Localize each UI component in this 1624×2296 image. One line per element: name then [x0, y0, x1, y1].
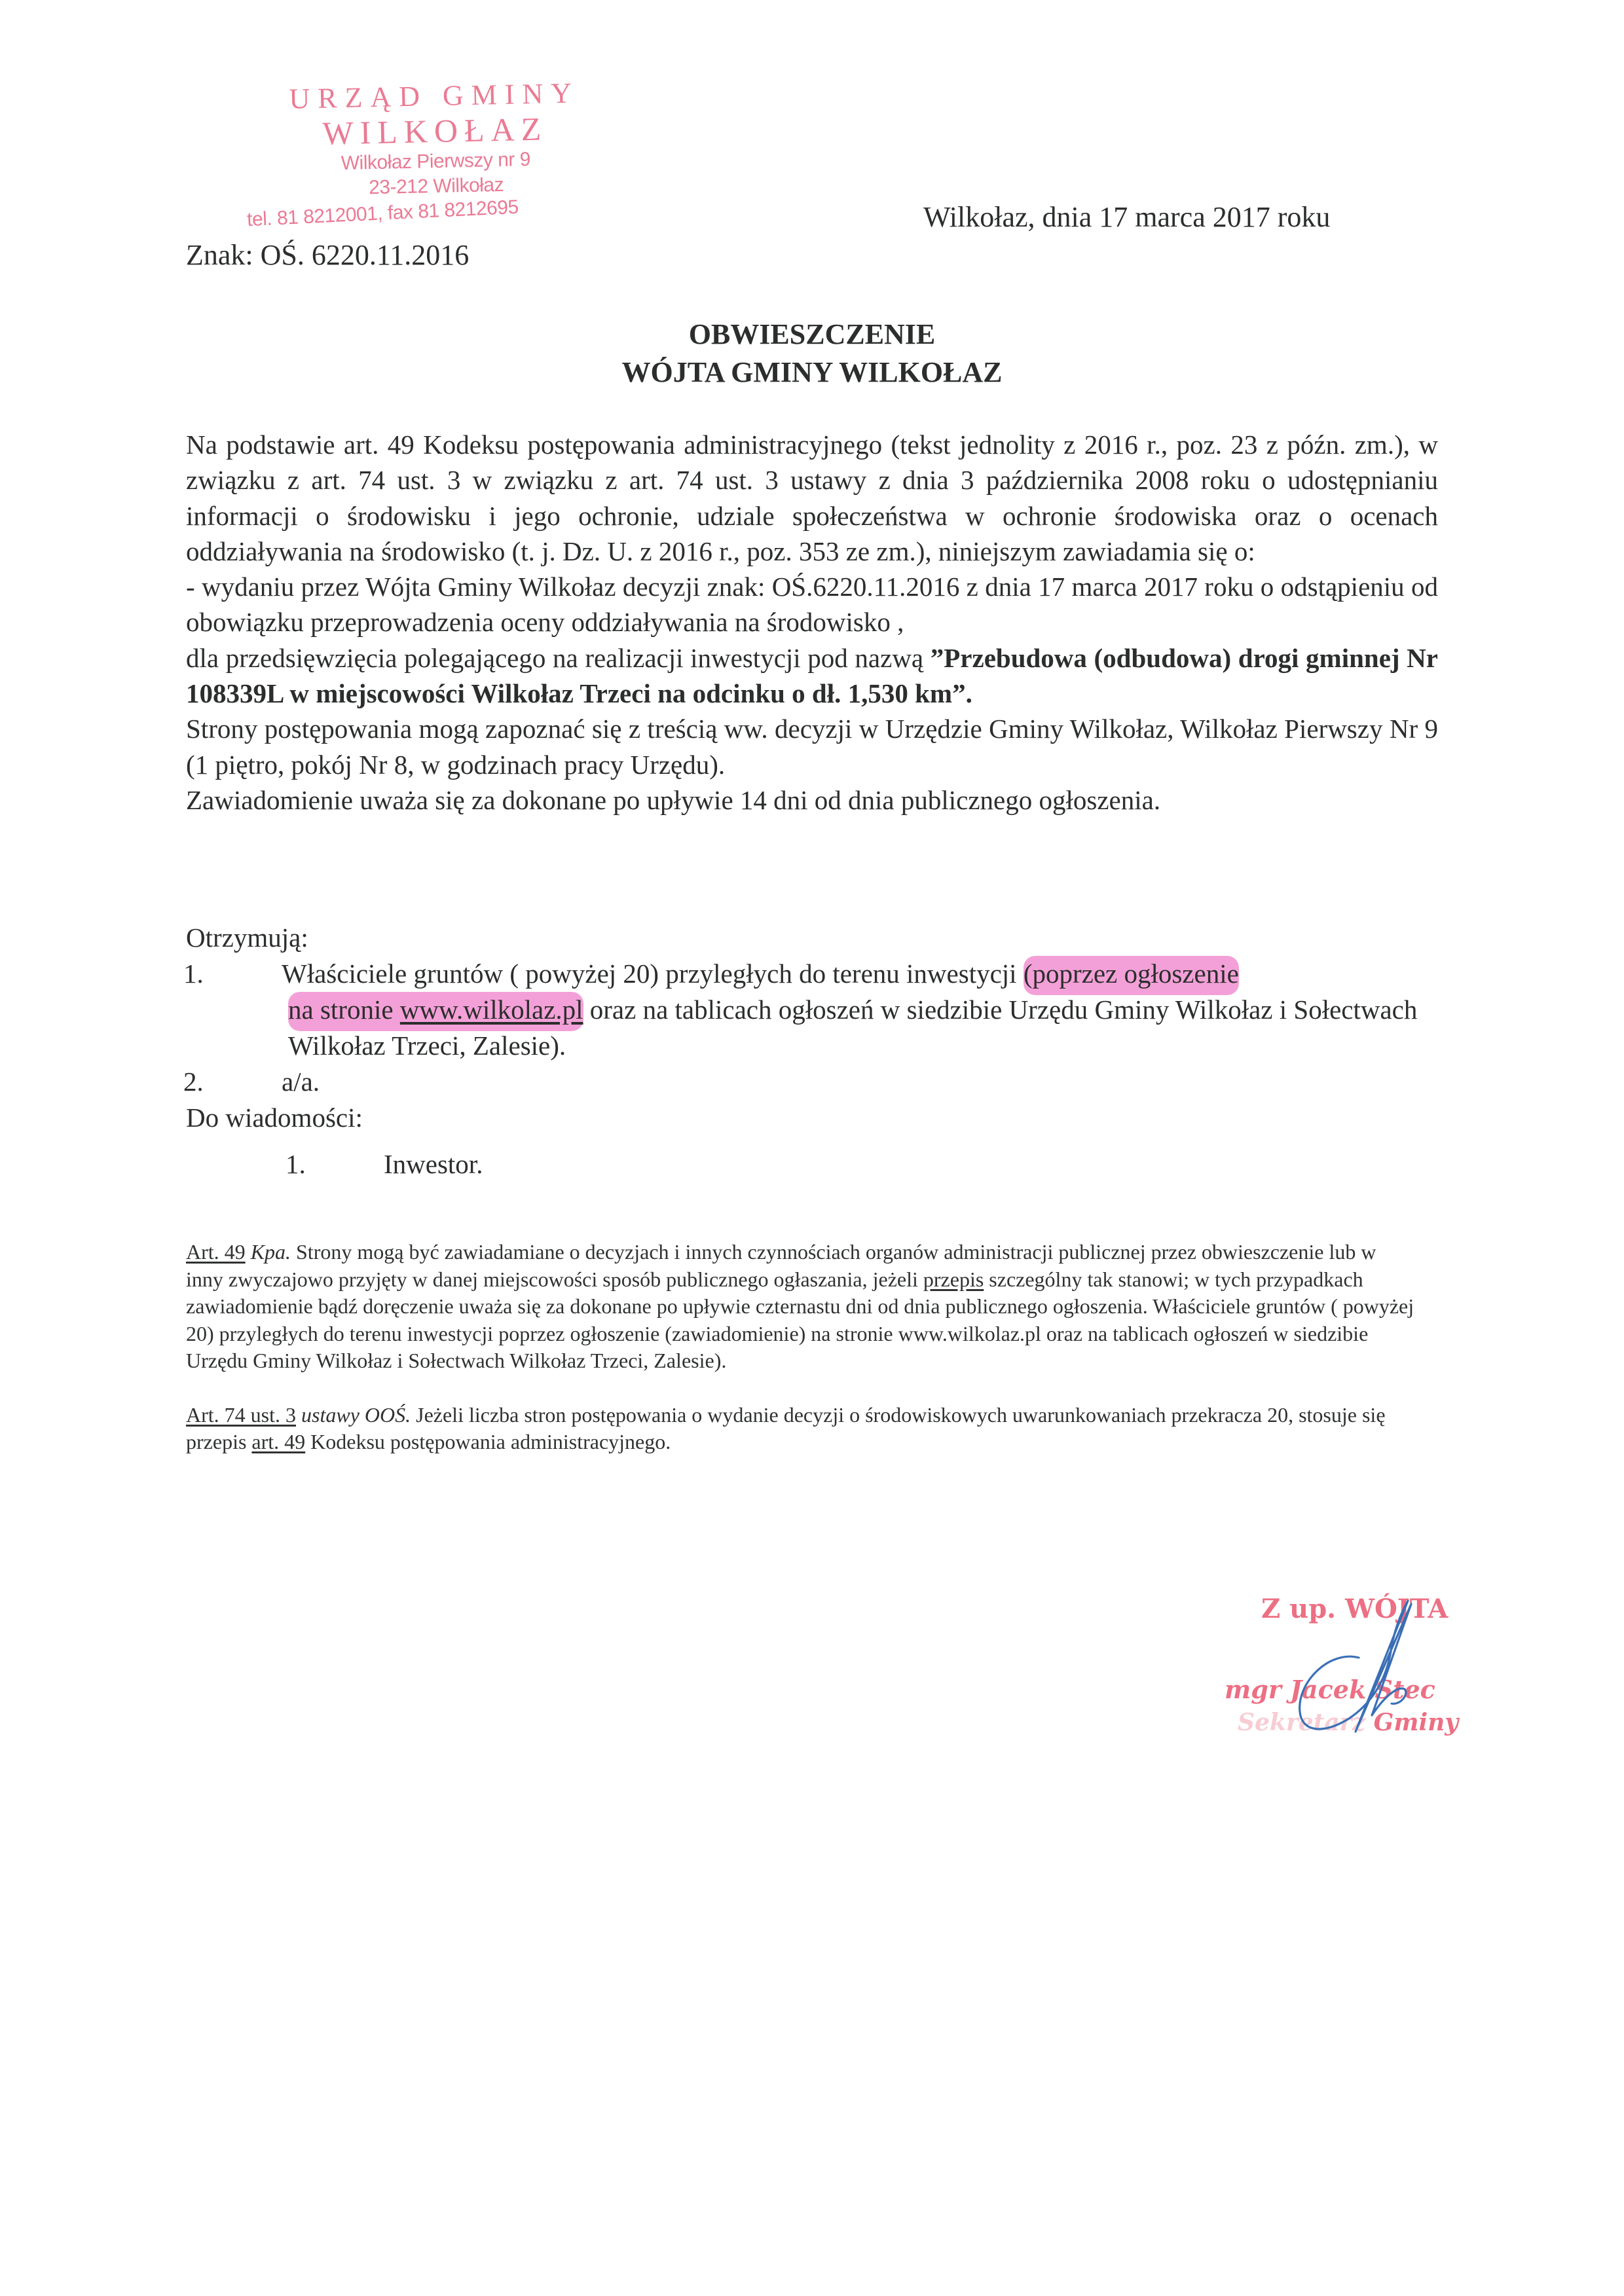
receiver-item-number: 2.: [236, 1064, 282, 1100]
legal-basis-paragraph: Na podstawie art. 49 Kodeksu postępowani…: [186, 427, 1438, 569]
handwritten-signature-icon: [1225, 1584, 1460, 1748]
website-link[interactable]: www.wilkolaz.pl: [400, 994, 583, 1025]
receiver-item-number: 1.: [236, 956, 282, 992]
office-stamp: URZĄD GMINY WILKOŁAZ Wilkołaz Pierwszy n…: [264, 77, 607, 228]
title-line-1: OBWIESZCZENIE: [0, 316, 1624, 354]
legal-footnotes: Art. 49 Kpa. Strony mogą być zawiadamian…: [186, 1239, 1417, 1456]
document-title: OBWIESZCZENIE WÓJTA GMINY WILKOŁAZ: [0, 316, 1624, 392]
footnote-ref-source: Kpa.: [246, 1240, 291, 1264]
footnote-art74: Art. 74 ust. 3 ustawy OOŚ. Jeżeli liczba…: [186, 1402, 1417, 1456]
decision-paragraph: - wydaniu przez Wójta Gminy Wilkołaz dec…: [186, 569, 1438, 640]
info-item-text: Inwestor.: [384, 1149, 483, 1179]
footnote-ref-link[interactable]: Art. 49: [186, 1240, 246, 1264]
notice-body: Na podstawie art. 49 Kodeksu postępowani…: [186, 427, 1438, 818]
receiver-item: 1.Właściciele gruntów ( powyżej 20) przy…: [186, 956, 1438, 1064]
project-paragraph: dla przedsięwzięcia polegającego na real…: [186, 640, 1438, 712]
footnote-inline-link[interactable]: art. 49: [251, 1430, 305, 1453]
review-info-paragraph: Strony postępowania mogą zapoznać się z …: [186, 711, 1438, 782]
title-line-2: WÓJTA GMINY WILKOŁAZ: [0, 354, 1624, 392]
highlighted-text: (poprzez ogłoszenie: [1024, 956, 1239, 995]
footnote-inline-link[interactable]: przepis: [923, 1267, 984, 1291]
project-prefix: dla przedsięwzięcia polegającego na real…: [186, 643, 931, 673]
info-item-number: 1.: [338, 1146, 384, 1182]
receivers-heading: Otrzymują:: [186, 920, 1438, 956]
info-item: 1.Inwestor.: [186, 1146, 1438, 1182]
document-page: URZĄD GMINY WILKOŁAZ Wilkołaz Pierwszy n…: [0, 0, 1624, 2296]
receiver-item: 2.a/a.: [186, 1064, 1438, 1100]
signature-stamp: Z up. WÓJTA mgr Jacek Stec Sekretarz Gmi…: [1225, 1584, 1460, 1748]
footnote-ref-source: ustawy OOŚ.: [296, 1403, 411, 1427]
info-heading: Do wiadomości:: [186, 1100, 1438, 1136]
reference-number: Znak: OŚ. 6220.11.2016: [186, 238, 469, 272]
footnote-art49: Art. 49 Kpa. Strony mogą być zawiadamian…: [186, 1239, 1417, 1375]
footnote-text: Kodeksu postępowania administracyjnego.: [305, 1430, 671, 1453]
receivers-section: Otrzymują: 1.Właściciele gruntów ( powyż…: [186, 920, 1438, 1182]
receiver-item-text: a/a.: [282, 1066, 320, 1097]
place-and-date: Wilkołaz, dnia 17 marca 2017 roku: [923, 200, 1330, 234]
highlighted-text: na stronie www.wilkolaz.pl: [288, 992, 583, 1031]
receiver-item-text: Właściciele gruntów ( powyżej 20) przyle…: [282, 958, 1024, 989]
notice-effect-paragraph: Zawiadomienie uważa się za dokonane po u…: [186, 782, 1438, 818]
footnote-ref-link[interactable]: Art. 74 ust. 3: [186, 1403, 296, 1427]
highlighted-text-part: na stronie: [288, 994, 400, 1025]
